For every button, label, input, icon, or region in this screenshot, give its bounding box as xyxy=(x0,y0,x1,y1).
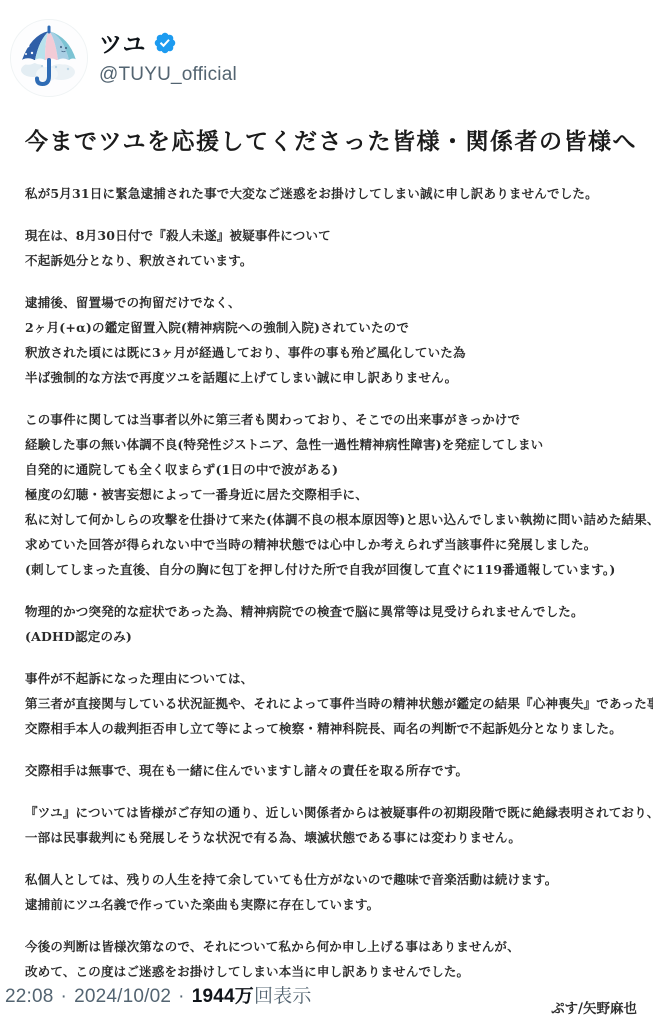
tweet-date: 2024/10/02 xyxy=(74,986,171,1008)
statement-line: 逮捕後、留置場での拘留だけでなく、 xyxy=(25,290,645,315)
statement-line: 逮捕前にツユ名義で作っていた楽曲も実際に存在しています。 xyxy=(25,892,645,917)
tweet-time: 22:08 xyxy=(5,986,54,1008)
statement-title: 今までツユを応援してくださった皆様・関係者の皆様へ xyxy=(25,123,645,156)
statement-line: 交際相手本人の裁判拒否申し立て等によって検察・精神科院長、両名の判断で不起訴処分… xyxy=(25,716,645,741)
statement-line: (刺してしまった直後、自分の胸に包丁を押し付けた所で自我が回復して直ぐに119番… xyxy=(25,557,645,582)
tweet-meta: 22:08 · 2024/10/02 · 1944万回表示 xyxy=(5,981,312,1008)
statement-line: この事件に関しては当事者以外に第三者も関わっており、そこでの出来事がきっかけで xyxy=(25,407,645,432)
meta-separator: · xyxy=(61,986,68,1008)
meta-separator: · xyxy=(178,986,185,1008)
views-count: 1944万 xyxy=(192,981,254,1008)
display-name[interactable]: ツユ xyxy=(99,26,147,59)
statement-paragraph: 事件が不起訴になった理由については、第三者が直接関与している状況証拠や、それによ… xyxy=(25,666,645,741)
statement-line: 自発的に通院しても全く収まらず(1日の中で波がある) xyxy=(25,457,645,482)
statement-image[interactable]: 今までツユを応援してくださった皆様・関係者の皆様へ 私が5月31日に緊急逮捕され… xyxy=(0,123,653,1017)
statement-line: 半ば強制的な方法で再度ツユを話題に上げてしまい誠に申し訳ありません。 xyxy=(25,365,645,390)
tweet-header: ツユ @TUYU_official xyxy=(0,0,653,97)
views-suffix: 回表示 xyxy=(254,981,312,1008)
statement-paragraph: この事件に関しては当事者以外に第三者も関わっており、そこでの出来事がきっかけで経… xyxy=(25,407,645,582)
statement-line: 不起訴処分となり、釈放されています。 xyxy=(25,248,645,273)
author-block: ツユ @TUYU_official xyxy=(99,19,237,86)
statement-line: 極度の幻聴・被害妄想によって一番身近に居た交際相手に、 xyxy=(25,482,645,507)
statement-line: 釈放された頃には既に3ヶ月が経過しており、事件の事も殆ど風化していた為 xyxy=(25,340,645,365)
statement-line: 私に対して何かしらの攻撃を仕掛けて来た(体調不良の根本原因等)と思い込んでしまい… xyxy=(25,507,645,532)
statement-line: 事件が不起訴になった理由については、 xyxy=(25,666,645,691)
author-handle[interactable]: @TUYU_official xyxy=(99,64,237,86)
statement-line: 交際相手は無事で、現在も一緒に住んでいますし諸々の責任を取る所存です。 xyxy=(25,758,645,783)
verified-badge-icon xyxy=(153,31,177,55)
statement-line: (ADHD認定のみ) xyxy=(25,624,645,649)
statement-line: 一部は民事裁判にも発展しそうな状況で有る為、壊滅状態である事には変わりません。 xyxy=(25,825,645,850)
statement-line: 私個人としては、残りの人生を持て余していても仕方がないので趣味で音楽活動は続けま… xyxy=(25,867,645,892)
statement-body: 私が5月31日に緊急逮捕された事で大変なご迷惑をお掛けしてしまい誠に申し訳ありま… xyxy=(25,181,645,984)
statement-line: 今後の判断は皆様次第なので、それについて私から何か申し上げる事はありませんが、 xyxy=(25,934,645,959)
statement-paragraph: 今後の判断は皆様次第なので、それについて私から何か申し上げる事はありませんが、改… xyxy=(25,934,645,984)
umbrella-avatar-icon xyxy=(11,20,87,96)
statement-line: 現在は、8月30日付で『殺人未遂』被疑事件について xyxy=(25,223,645,248)
statement-paragraph: 現在は、8月30日付で『殺人未遂』被疑事件について不起訴処分となり、釈放されてい… xyxy=(25,223,645,273)
avatar[interactable] xyxy=(10,19,88,97)
statement-line: 第三者が直接関与している状況証拠や、それによって事件当時の精神状態が鑑定の結果『… xyxy=(25,691,645,716)
statement-paragraph: 私が5月31日に緊急逮捕された事で大変なご迷惑をお掛けしてしまい誠に申し訳ありま… xyxy=(25,181,645,206)
statement-paragraph: 私個人としては、残りの人生を持て余していても仕方がないので趣味で音楽活動は続けま… xyxy=(25,867,645,917)
statement-line: 求めていた回答が得られない中で当時の精神状態では心中しか考えられず当該事件に発展… xyxy=(25,532,645,557)
statement-line: 経験した事の無い体調不良(特発性ジストニア、急性一過性精神病性障害)を発症してし… xyxy=(25,432,645,457)
statement-paragraph: 『ツユ』については皆様がご存知の通り、近しい関係者からは被疑事件の初期段階で既に… xyxy=(25,800,645,850)
statement-line: 私が5月31日に緊急逮捕された事で大変なご迷惑をお掛けしてしまい誠に申し訳ありま… xyxy=(25,181,645,206)
statement-line: 『ツユ』については皆様がご存知の通り、近しい関係者からは被疑事件の初期段階で既に… xyxy=(25,800,645,825)
statement-paragraph: 逮捕後、留置場での拘留だけでなく、2ヶ月(+α)の鑑定留置入院(精神病院への強制… xyxy=(25,290,645,390)
statement-line: 物理的かつ突発的な症状であった為、精神病院での検査で脳に異常等は見受けられません… xyxy=(25,599,645,624)
statement-line: 2ヶ月(+α)の鑑定留置入院(精神病院への強制入院)されていたので xyxy=(25,315,645,340)
statement-paragraph: 物理的かつ突発的な症状であった為、精神病院での検査で脳に異常等は見受けられません… xyxy=(25,599,645,649)
statement-paragraph: 交際相手は無事で、現在も一緒に住んでいますし諸々の責任を取る所存です。 xyxy=(25,758,645,783)
